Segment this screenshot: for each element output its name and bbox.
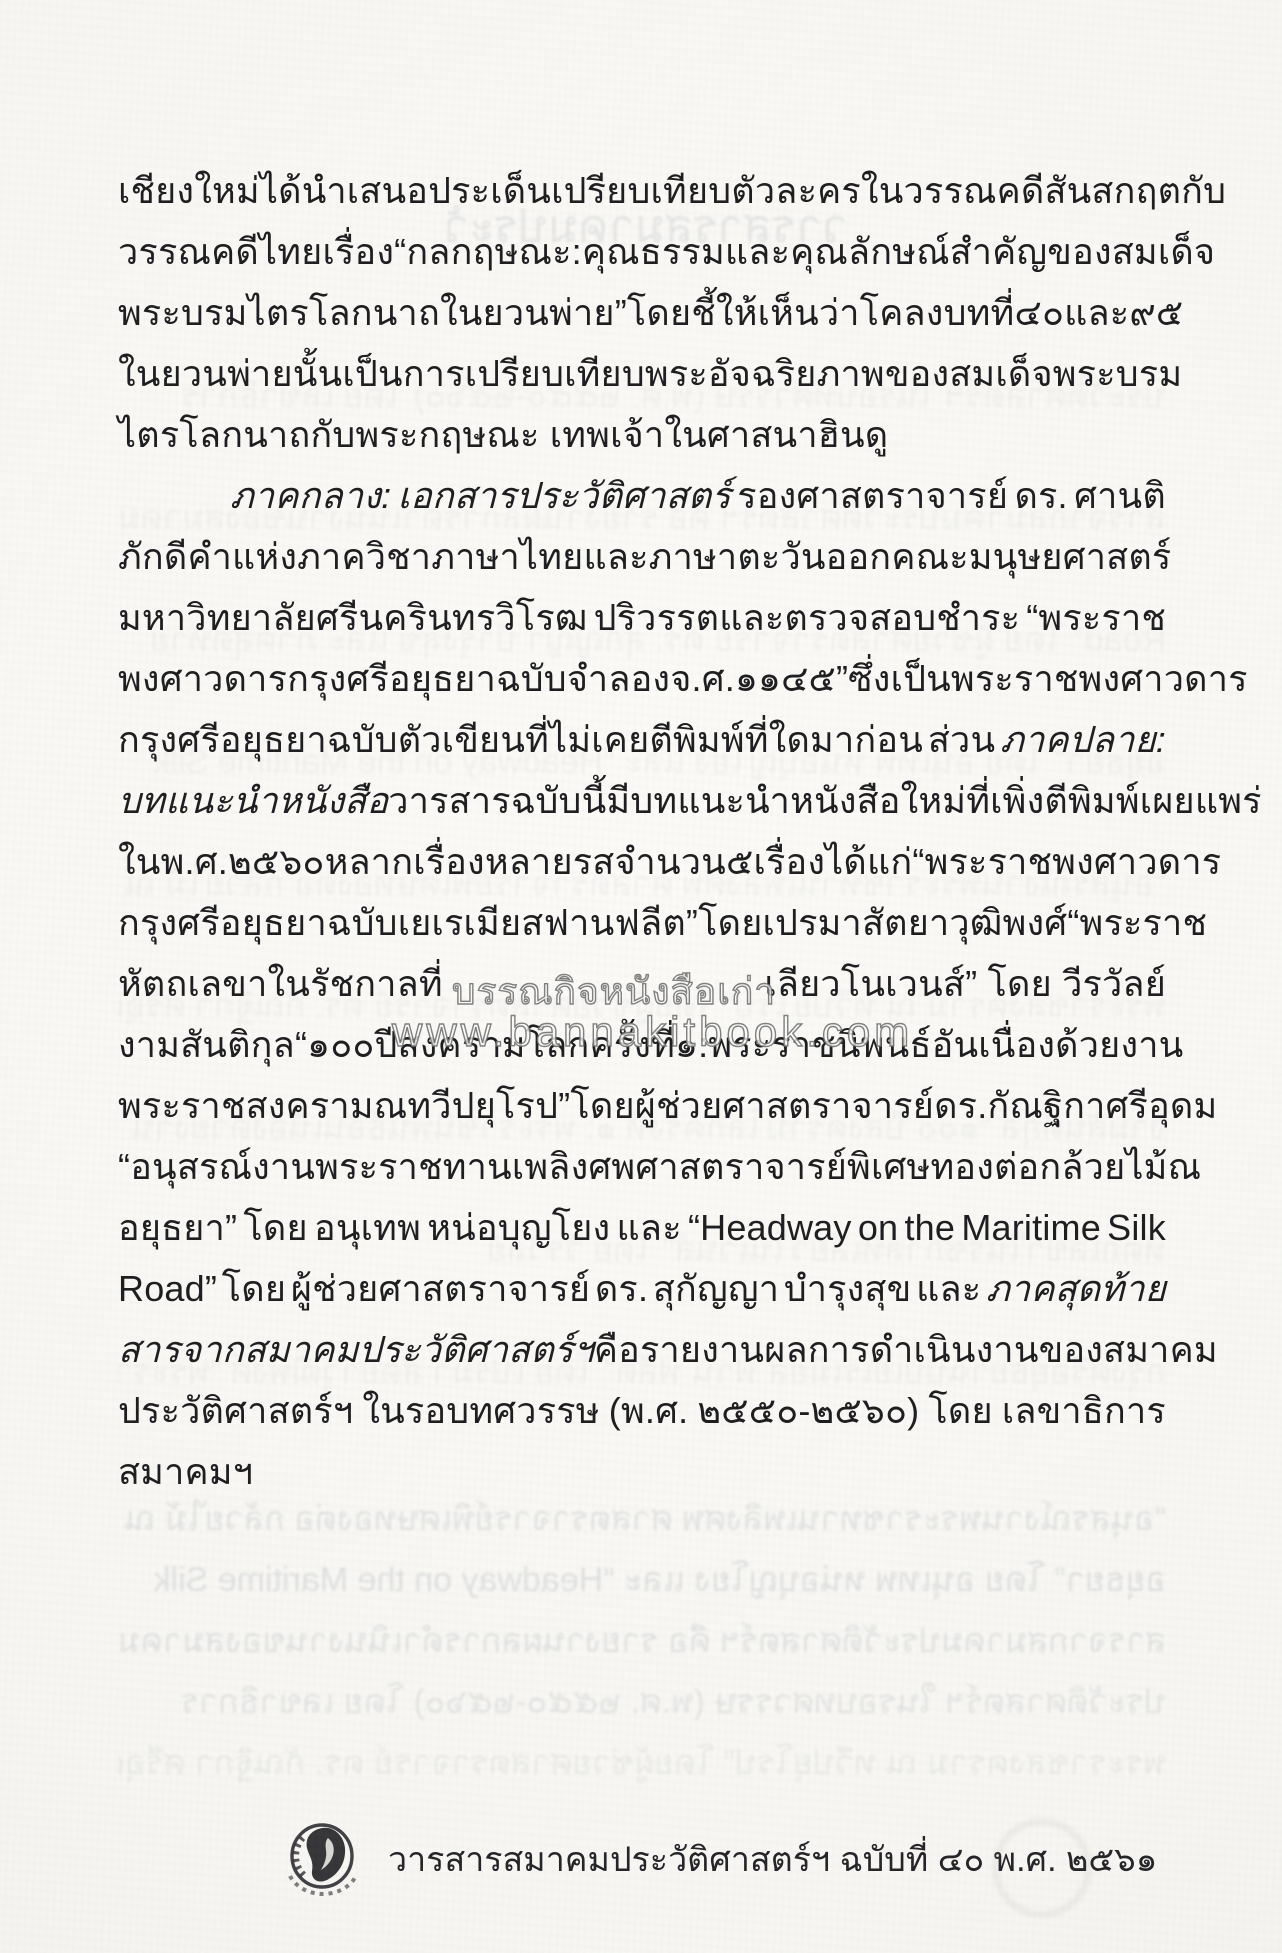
- word: ภาคสุดท้าย: [986, 1261, 1166, 1317]
- text-line: เชียงใหม่ได้นำเสนอประเด็นเปรียบเทียบตัวล…: [118, 163, 1166, 221]
- word: พระบรมไตรโลกนาถในยวนพ่าย”: [118, 285, 627, 341]
- text-line: ประวัติศาสตร์ฯในรอบทศวรรษ(พ.ศ.๒๕๕๐-๒๕๖๐)…: [118, 1383, 1166, 1441]
- text-segment: ไตรโลกนาถกับพระกฤษณะ เทพเจ้าในศาสนาฮินดู: [118, 414, 888, 455]
- text-line: ไตรโลกนาถกับพระกฤษณะ เทพเจ้าในศาสนาฮินดู: [118, 407, 1166, 465]
- word: คุณธรรมและคุณลักษณ์สำคัญของสมเด็จ: [582, 224, 1215, 280]
- text-line: ในยวนพ่ายนั้นเป็นการเปรียบเทียบพระอัจฉริ…: [118, 346, 1166, 404]
- word: ภาคกลาง:: [230, 468, 391, 524]
- word: ศาสตราจารย์พิเศษทองต่อ: [635, 1139, 1039, 1195]
- word: ฟลีต”: [614, 895, 698, 951]
- word: Road”: [118, 1261, 217, 1317]
- word: ศรีอุดม: [1106, 1078, 1218, 1134]
- text-line: ภาคกลาง:เอกสารประวัติศาสตร์รองศาสตราจารย…: [230, 468, 1166, 526]
- text-line: Road”โดยผู้ช่วยศาสตราจารย์ดร.สุกัญญาบำรุ…: [118, 1261, 1166, 1319]
- word: พระราชนิพนธ์อันเนื่องด้วยงาน: [708, 1017, 1183, 1073]
- text-line: กรุงศรีอยุธยาฉบับตัวเขียนที่ไม่เคยตีพิมพ…: [118, 712, 1166, 770]
- word: ๙๕: [1129, 285, 1183, 341]
- word: “พระราช: [1067, 895, 1207, 951]
- word: ผู้ช่วยศาสตราจารย์: [291, 1261, 590, 1317]
- word: เรื่อง: [322, 224, 394, 280]
- text-line: ภักดีคำแห่งภาควิชาภาษาไทยและภาษาตะวันออก…: [118, 529, 1166, 587]
- word: จำนวน: [614, 834, 726, 890]
- word: ดร.: [934, 1078, 987, 1134]
- word: ปีสงครามโลกครั้งที่: [375, 1017, 676, 1073]
- text-line: มหาวิทยาลัยศรีนครินทรวิโรฒปริวรรตและตรวจ…: [118, 590, 1166, 648]
- word: ได้นำเสนอประเด็นเปรียบเทียบตัวละครในวรรณ…: [260, 163, 1226, 219]
- word: จ.ศ.: [670, 651, 735, 707]
- word: ในรอบทศวรรษ: [362, 1383, 599, 1439]
- text-line: พระบรมไตรโลกนาถในยวนพ่าย”โดยชี้ให้เห็นว่…: [118, 285, 1166, 343]
- text-line: สมาคมฯ: [118, 1444, 1166, 1502]
- word: on: [858, 1200, 898, 1256]
- word: “พระราช: [1026, 590, 1166, 646]
- word: กรุงศรีอยุธยาฉบับเยเรเมียส: [118, 895, 543, 951]
- word: โดย: [243, 1200, 307, 1256]
- text-line: กรุงศรีอยุธยาฉบับเยเรเมียสฟานฟลีต”โดยเปร…: [118, 895, 1166, 953]
- text-line: อยุธยา”โดยอนุเทพหน่อบุญโยงและ“Headwayont…: [118, 1200, 1166, 1258]
- word: แห่งภาควิชาภาษาไทยและภาษาตะวันออก: [232, 529, 891, 585]
- word: ณ: [374, 1078, 408, 1134]
- word: ทวีปยุโรป”: [407, 1078, 570, 1134]
- word: เปรมา: [763, 895, 862, 951]
- word: และ: [617, 1200, 682, 1256]
- word: สัตยาวุฒิพงศ์: [862, 895, 1067, 951]
- text-line: บทแนะนำหนังสือวารสารฉบับนี้มีบทแนะนำหนัง…: [118, 773, 1166, 831]
- text-segment: หัตถเลขาในรัชกาลที่: [118, 956, 443, 1012]
- body-text: เชียงใหม่ได้นำเสนอประเด็นเปรียบเทียบตัวล…: [0, 0, 1282, 1953]
- word: อยุธยา”: [118, 1200, 237, 1256]
- word: เรื่อง: [753, 834, 825, 890]
- word: ๑๑๔๕”: [735, 651, 848, 707]
- word: หลากเรื่องหลายรส: [325, 834, 615, 890]
- word: เลขาธิการ: [1002, 1383, 1166, 1439]
- word: วรรณคดีไทย: [118, 224, 322, 280]
- word: “Headway: [688, 1200, 852, 1256]
- word: พงศาวดารกรุงศรีอยุธยาฉบับจำลอง: [118, 651, 670, 707]
- word: “พระราชพงศาวดาร: [912, 834, 1221, 890]
- word: งามสันติกุล: [118, 1017, 295, 1073]
- word: อนุเทพ: [314, 1200, 421, 1256]
- text-segment: เลียวโนเวนส์” โดย วีรวัลย์: [764, 956, 1166, 1012]
- word: ๒๕๕๐-๒๕๖๐): [697, 1383, 919, 1439]
- word: “อนุสรณ์งานพระราชทานเพลิงศพ: [118, 1139, 635, 1195]
- word: เป็นการเปรียบเทียบพระอัจฉริยภาพของสมเด็จ…: [342, 346, 1182, 402]
- word: มหาวิทยาลัยศรีนครินทรวิโรฒ: [118, 590, 588, 646]
- text-line: พงศาวดารกรุงศรีอยุธยาฉบับจำลองจ.ศ.๑๑๔๕”ซ…: [118, 651, 1166, 709]
- word: ๒๕๖๐: [228, 834, 325, 890]
- word: บทแนะนำหนังสือ: [118, 773, 388, 829]
- text-line: วรรณคดีไทยเรื่อง“กลกฤษณะ:คุณธรรมและคุณลั…: [118, 224, 1166, 282]
- word: ๑:: [675, 1017, 708, 1073]
- word: ดร.: [595, 1261, 648, 1317]
- text-line: “อนุสรณ์งานพระราชทานเพลิงศพศาสตราจารย์พิ…: [118, 1139, 1166, 1197]
- word: กล้วยไม้: [1039, 1139, 1167, 1195]
- word: บำรุงสุข: [784, 1261, 912, 1317]
- text-line: หัตถเลขาในรัชกาลที่เลียวโนเวนส์” โดย วีร…: [118, 956, 1166, 1014]
- word: ภาคปลาย:: [1000, 712, 1166, 768]
- text-line: งามสันติกุล“๑๐๐ปีสงครามโลกครั้งที่๑:พระร…: [118, 1017, 1166, 1075]
- association-seal-logo: [281, 1818, 365, 1910]
- word: ซึ่งเป็นพระราชพงศาวดาร: [848, 651, 1247, 707]
- word: คณะมนุษยศาสตร์: [891, 529, 1171, 585]
- scanned-page: วารสารสมาคมประวัติศาสตร์ฯ ฉบับที่ ๔๐ พ.ศ…: [0, 0, 1282, 1953]
- word: รองศาสตราจารย์: [737, 468, 1008, 524]
- word: ส่วน: [928, 712, 995, 768]
- word: โดย: [928, 1383, 992, 1439]
- word: โดย: [698, 895, 762, 951]
- word: “๑๐๐: [295, 1017, 375, 1073]
- word: คือ: [594, 1322, 640, 1378]
- word: วารสารฉบับนี้มีบทแนะนำหนังสือใหม่ที่เพิ่…: [388, 773, 1261, 829]
- word: ๕: [726, 834, 753, 890]
- word: ใน: [118, 834, 161, 890]
- word: ในยวนพ่าย: [118, 346, 293, 402]
- word: สุกัญญา: [653, 1261, 779, 1317]
- text-line: สารจากสมาคมประวัติศาสตร์ฯคือรายงานผลการด…: [118, 1322, 1166, 1380]
- word: Silk: [1107, 1200, 1166, 1256]
- word: เชียงใหม่: [118, 163, 260, 219]
- word: พ.ศ.: [161, 834, 228, 890]
- word: และ: [1064, 285, 1129, 341]
- word: ๔๐: [1015, 285, 1065, 341]
- word: ฟาน: [543, 895, 614, 951]
- word: ปริวรรตและตรวจสอบชำระ: [594, 590, 1021, 646]
- word: Maritime: [961, 1200, 1101, 1256]
- word: โดย: [222, 1261, 286, 1317]
- word: หน่อบุญโยง: [427, 1200, 610, 1256]
- text-segment: สมาคมฯ: [118, 1451, 253, 1492]
- word: สารจากสมาคมประวัติศาสตร์ฯ: [118, 1322, 594, 1378]
- word: กรุงศรีอยุธยาฉบับตัวเขียนที่ไม่เคยตีพิมพ…: [118, 712, 923, 768]
- word: และ: [916, 1261, 981, 1317]
- word: รายงานผลการดำเนินงานของสมาคม: [640, 1322, 1218, 1378]
- word: “กลกฤษณะ:: [394, 224, 582, 280]
- word: ดร.: [1014, 468, 1067, 524]
- word: โดยผู้ช่วยศาสตราจารย์: [570, 1078, 934, 1134]
- word: the: [904, 1200, 955, 1256]
- text-line: ในพ.ศ.๒๕๖๐หลากเรื่องหลายรสจำนวน๕เรื่องได…: [118, 834, 1166, 892]
- word: พระราชสงคราม: [118, 1078, 374, 1134]
- word: โดยชี้ให้เห็นว่าโคลงบทที่: [627, 285, 1015, 341]
- word: ณ: [1168, 1139, 1202, 1195]
- word: ภักดีคำ: [118, 529, 232, 585]
- text-line: พระราชสงครามณทวีปยุโรป”โดยผู้ช่วยศาสตราจ…: [118, 1078, 1166, 1136]
- journal-footer-caption: วารสารสมาคมประวัติศาสตร์ฯ ฉบับที่ ๔๐ พ.ศ…: [388, 1834, 1157, 1886]
- word: ประวัติศาสตร์ฯ: [118, 1383, 353, 1439]
- word: เอกสารประวัติศาสตร์: [398, 468, 731, 524]
- word: (พ.ศ.: [609, 1383, 689, 1439]
- word: ได้แก่: [825, 834, 912, 890]
- word: ศานติ: [1074, 468, 1166, 524]
- word: กัณฐิกา: [987, 1078, 1105, 1134]
- word: นั้น: [293, 346, 343, 402]
